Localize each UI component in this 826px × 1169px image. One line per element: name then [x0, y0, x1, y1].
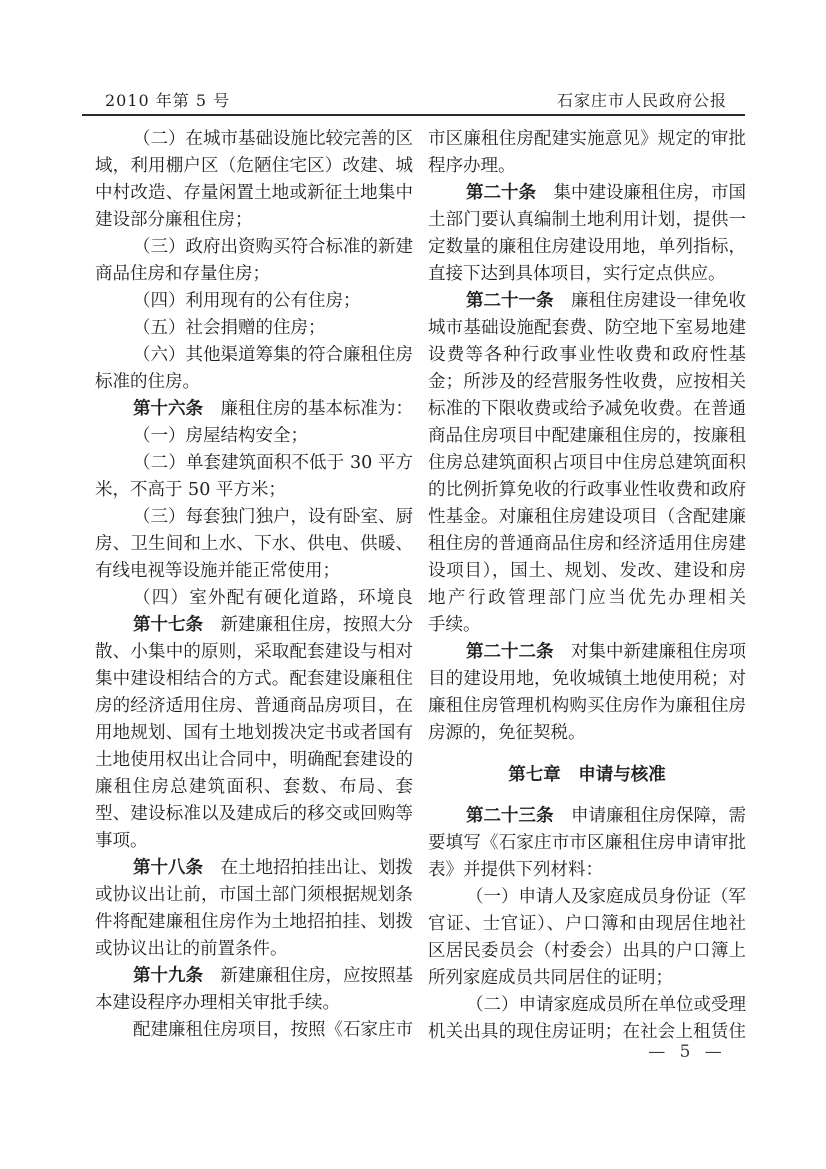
line-text: 商品住房项目中配建廉租住房的，按廉租 — [428, 426, 746, 446]
document-line: （三）每套独门独户，设有卧室、厨 — [95, 504, 413, 531]
document-line: 商品住房和存量住房； — [95, 261, 413, 288]
line-text: 有线电视等设施并能正常使用； — [95, 561, 340, 581]
document-line: 件将配建廉租住房作为土地招拍挂、划拨 — [95, 909, 413, 936]
document-line: 事项。 — [95, 828, 413, 855]
line-text: 租住房的普通商品住房和经济适用住房建 — [428, 534, 746, 554]
article-number-heading: 第十九条 — [133, 966, 203, 986]
document-line: 房源的，免征契税。 — [428, 720, 746, 747]
article-number-heading: 第二十二条 — [466, 642, 554, 662]
line-text: 房的经济适用住房、普通商品房项目，在 — [95, 696, 413, 716]
line-text: 新建廉租住房，应按照基 — [203, 966, 413, 986]
document-line: 第二十二条 对集中新建廉租住房项 — [428, 639, 746, 666]
line-text: 性基金。对廉租住房建设项目（含配建廉 — [428, 507, 746, 527]
line-text: 标准的住房。 — [95, 372, 200, 392]
document-line: （三）政府出资购买符合标准的新建 — [95, 234, 413, 261]
line-text: 域，利用棚户区（危陋住宅区）改建、城 — [95, 156, 413, 176]
line-text: （二）单套建筑面积不低于 30 平方 — [133, 453, 413, 473]
document-line: 土部门要认真编制土地利用计划，提供一 — [428, 207, 746, 234]
line-text: （六）其他渠道筹集的符合廉租住房 — [133, 345, 413, 365]
document-line: 房、卫生间和上水、下水、供电、供暖、 — [95, 531, 413, 558]
document-line: 第二十三条 申请廉租住房保障，需 — [428, 803, 746, 830]
line-text: 土地使用权出让合同中，明确配套建设的 — [95, 750, 413, 770]
header-rule — [82, 114, 745, 116]
article-number-heading: 第十八条 — [133, 858, 203, 878]
line-text: 金；所涉及的经营服务性收费，应按相关 — [428, 372, 746, 392]
document-line: 米，不高于 50 平方米； — [95, 477, 413, 504]
document-line: 直接下达到具体项目，实行定点供应。 — [428, 261, 746, 288]
document-line: （二）在城市基础设施比较完善的区 — [95, 126, 413, 153]
article-number-heading: 第二十条 — [466, 183, 536, 203]
document-line: 廉租住房管理机构购买住房作为廉租住房 — [428, 693, 746, 720]
document-line: 定数量的廉租住房建设用地，单列指标， — [428, 234, 746, 261]
line-text: 在土地招拍挂出让、划拨 — [203, 858, 413, 878]
line-text: 区居民委员会（村委会）出具的户口簿上 — [428, 941, 746, 961]
document-line: 配建廉租住房项目，按照《石家庄市 — [95, 1017, 413, 1044]
document-line: 市区廉租住房配建实施意见》规定的审批 — [428, 126, 746, 153]
line-text: 手续。 — [428, 615, 481, 635]
article-number-heading: 第十七条 — [133, 615, 203, 635]
document-line: 第十六条 廉租住房的基本标准为： — [95, 396, 413, 423]
document-line: 表》并提供下列材料： — [428, 857, 746, 884]
line-text: 廉租住房管理机构购买住房作为廉租住房 — [428, 696, 746, 716]
line-text: 房源的，免征契税。 — [428, 723, 586, 743]
document-line: 官证、士官证）、户口簿和由现居住地社 — [428, 911, 746, 938]
line-text: 定数量的廉租住房建设用地，单列指标， — [428, 237, 746, 257]
line-text: 市区廉租住房配建实施意见》规定的审批 — [428, 129, 746, 149]
line-text: 官证、士官证）、户口簿和由现居住地社 — [428, 914, 746, 934]
document-line: 第二十一条 廉租住房建设一律免收 — [428, 288, 746, 315]
line-text: 本建设程序办理相关审批手续。 — [95, 993, 340, 1013]
line-text: 地产行政管理部门应当优先办理相关 — [428, 588, 746, 608]
document-line: 集中建设相结合的方式。配套建设廉租住 — [95, 666, 413, 693]
line-text: （二）申请家庭成员所在单位或受理 — [466, 995, 746, 1015]
line-text: 新建廉租住房，按照大分 — [203, 615, 413, 635]
document-line: （六）其他渠道筹集的符合廉租住房 — [95, 342, 413, 369]
document-line: （四）室外配有硬化道路，环境良好。 — [95, 585, 413, 612]
header-publication-title: 石家庄市人民政府公报 — [557, 88, 727, 111]
line-text: 城市基础设施配套费、防空地下室易地建 — [428, 318, 746, 338]
document-line: 域，利用棚户区（危陋住宅区）改建、城 — [95, 153, 413, 180]
document-line: 第十八条 在土地招拍挂出让、划拨 — [95, 855, 413, 882]
text-column-left: （二）在城市基础设施比较完善的区域，利用棚户区（危陋住宅区）改建、城中村改造、存… — [95, 126, 413, 1046]
article-number-heading: 第二十一条 — [466, 291, 554, 311]
document-line: 目的建设用地，免收城镇土地使用税；对 — [428, 666, 746, 693]
document-line: （一）申请人及家庭成员身份证（军 — [428, 884, 746, 911]
line-text: 配建廉租住房项目，按照《石家庄市 — [133, 1020, 413, 1040]
document-line: 第十七条 新建廉租住房，按照大分 — [95, 612, 413, 639]
document-line: 区居民委员会（村委会）出具的户口簿上 — [428, 938, 746, 965]
line-text: 设项目），国土、规划、发改、建设和房 — [428, 561, 746, 581]
article-number-heading: 第十六条 — [133, 399, 203, 419]
line-text: 土部门要认真编制土地利用计划，提供一 — [428, 210, 746, 230]
line-text: 事项。 — [95, 831, 148, 851]
line-text: 或协议出让的前置条件。 — [95, 939, 288, 959]
document-line: 要填写《石家庄市市区廉租住房申请审批 — [428, 830, 746, 857]
document-line: 用地规划、国有土地划拨决定书或者国有 — [95, 720, 413, 747]
document-line: 设费等各种行政事业性收费和政府性基 — [428, 342, 746, 369]
line-text: 表》并提供下列材料： — [428, 860, 603, 880]
header-issue-number: 2010 年第 5 号 — [105, 88, 230, 111]
line-text: （二）在城市基础设施比较完善的区 — [133, 129, 413, 149]
line-text: 建设部分廉租住房； — [95, 210, 253, 230]
line-text: （一）房屋结构安全； — [133, 426, 308, 446]
document-line: 租住房的普通商品住房和经济适用住房建 — [428, 531, 746, 558]
document-line: 土地使用权出让合同中，明确配套建设的 — [95, 747, 413, 774]
line-text: 目的建设用地，免收城镇土地使用税；对 — [428, 669, 746, 689]
document-line: （五）社会捐赠的住房； — [95, 315, 413, 342]
line-text: （五）社会捐赠的住房； — [133, 318, 326, 338]
document-line: （一）房屋结构安全； — [95, 423, 413, 450]
article-number-heading: 第二十三条 — [466, 806, 554, 826]
line-text: （一）申请人及家庭成员身份证（军 — [466, 887, 746, 907]
line-text: 米，不高于 50 平方米； — [95, 480, 286, 500]
document-line: 城市基础设施配套费、防空地下室易地建 — [428, 315, 746, 342]
line-text: 廉租住房建设一律免收 — [554, 291, 747, 311]
line-text: 住房总建筑面积占项目中住房总建筑面积 — [428, 453, 746, 473]
document-line: 的比例折算免收的行政事业性收费和政府 — [428, 477, 746, 504]
line-text: 程序办理。 — [428, 156, 516, 176]
line-text: 中村改造、存量闲置土地或新征土地集中 — [95, 183, 413, 203]
line-text: 型、建设标准以及建成后的移交或回购等 — [95, 804, 413, 824]
line-text: 设费等各种行政事业性收费和政府性基 — [428, 345, 746, 365]
document-body: （二）在城市基础设施比较完善的区域，利用棚户区（危陋住宅区）改建、城中村改造、存… — [95, 126, 746, 1046]
line-text: 机关出具的现住房证明；在社会上租赁住 — [428, 1022, 746, 1042]
document-line: 设项目），国土、规划、发改、建设和房 — [428, 558, 746, 585]
document-line: 第十九条 新建廉租住房，应按照基 — [95, 963, 413, 990]
document-line: 住房总建筑面积占项目中住房总建筑面积 — [428, 450, 746, 477]
line-text: （四）室外配有硬化道路，环境良好。 — [133, 588, 413, 612]
document-line: （四）利用现有的公有住房； — [95, 288, 413, 315]
gazette-page: 2010 年第 5 号 石家庄市人民政府公报 （二）在城市基础设施比较完善的区域… — [0, 0, 826, 1169]
document-line: 散、小集中的原则，采取配套建设与相对 — [95, 639, 413, 666]
line-text: 标准的下限收费或给予减免收费。在普通 — [428, 399, 746, 419]
document-line: 廉租住房总建筑面积、套数、布局、套 — [95, 774, 413, 801]
document-line: 有线电视等设施并能正常使用； — [95, 558, 413, 585]
line-text: 要填写《石家庄市市区廉租住房申请审批 — [428, 833, 746, 853]
line-text: （四）利用现有的公有住房； — [133, 291, 361, 311]
chapter-title-text: 第七章 申请与核准 — [508, 765, 666, 785]
document-line: 或协议出让的前置条件。 — [95, 936, 413, 963]
document-line: 建设部分廉租住房； — [95, 207, 413, 234]
page-number: — 5 — — [640, 1042, 730, 1062]
document-line: 手续。 — [428, 612, 746, 639]
chapter-heading: 第七章 申请与核准 — [428, 762, 746, 789]
line-text: 件将配建廉租住房作为土地招拍挂、划拨 — [95, 912, 413, 932]
line-text: 廉租住房的基本标准为： — [203, 399, 413, 419]
document-line: 房的经济适用住房、普通商品房项目，在 — [95, 693, 413, 720]
document-line: 型、建设标准以及建成后的移交或回购等 — [95, 801, 413, 828]
document-line: 金；所涉及的经营服务性收费，应按相关 — [428, 369, 746, 396]
document-line: 中村改造、存量闲置土地或新征土地集中 — [95, 180, 413, 207]
document-line: （二）单套建筑面积不低于 30 平方 — [95, 450, 413, 477]
document-line: 本建设程序办理相关审批手续。 — [95, 990, 413, 1017]
line-text: 对集中新建廉租住房项 — [554, 642, 747, 662]
document-line: 标准的下限收费或给予减免收费。在普通 — [428, 396, 746, 423]
line-text: 申请廉租住房保障，需 — [554, 806, 747, 826]
document-line: 第二十条 集中建设廉租住房，市国 — [428, 180, 746, 207]
line-text: 的比例折算免收的行政事业性收费和政府 — [428, 480, 746, 500]
document-line: 商品住房项目中配建廉租住房的，按廉租 — [428, 423, 746, 450]
document-line: 标准的住房。 — [95, 369, 413, 396]
text-column-right: 市区廉租住房配建实施意见》规定的审批程序办理。第二十条 集中建设廉租住房，市国土… — [428, 126, 746, 1046]
document-line: 程序办理。 — [428, 153, 746, 180]
line-text: 集中建设廉租住房，市国 — [536, 183, 746, 203]
document-line: 或协议出让前，市国土部门须根据规划条 — [95, 882, 413, 909]
document-line: 性基金。对廉租住房建设项目（含配建廉 — [428, 504, 746, 531]
document-line: 所列家庭成员共同居住的证明； — [428, 965, 746, 992]
line-text: （三）每套独门独户，设有卧室、厨 — [133, 507, 413, 527]
line-text: 廉租住房总建筑面积、套数、布局、套 — [95, 777, 413, 797]
line-text: 直接下达到具体项目，实行定点供应。 — [428, 264, 726, 284]
line-text: 房、卫生间和上水、下水、供电、供暖、 — [95, 534, 413, 554]
line-text: 集中建设相结合的方式。配套建设廉租住 — [95, 669, 413, 689]
page-header: 2010 年第 5 号 石家庄市人民政府公报 — [105, 88, 727, 111]
line-text: （三）政府出资购买符合标准的新建 — [133, 237, 413, 257]
line-text: 或协议出让前，市国土部门须根据规划条 — [95, 885, 413, 905]
line-text: 用地规划、国有土地划拨决定书或者国有 — [95, 723, 413, 743]
document-line: 地产行政管理部门应当优先办理相关 — [428, 585, 746, 612]
line-text: 商品住房和存量住房； — [95, 264, 270, 284]
line-text: 所列家庭成员共同居住的证明； — [428, 968, 673, 988]
line-text: 散、小集中的原则，采取配套建设与相对 — [95, 642, 413, 662]
document-line: （二）申请家庭成员所在单位或受理 — [428, 992, 746, 1019]
